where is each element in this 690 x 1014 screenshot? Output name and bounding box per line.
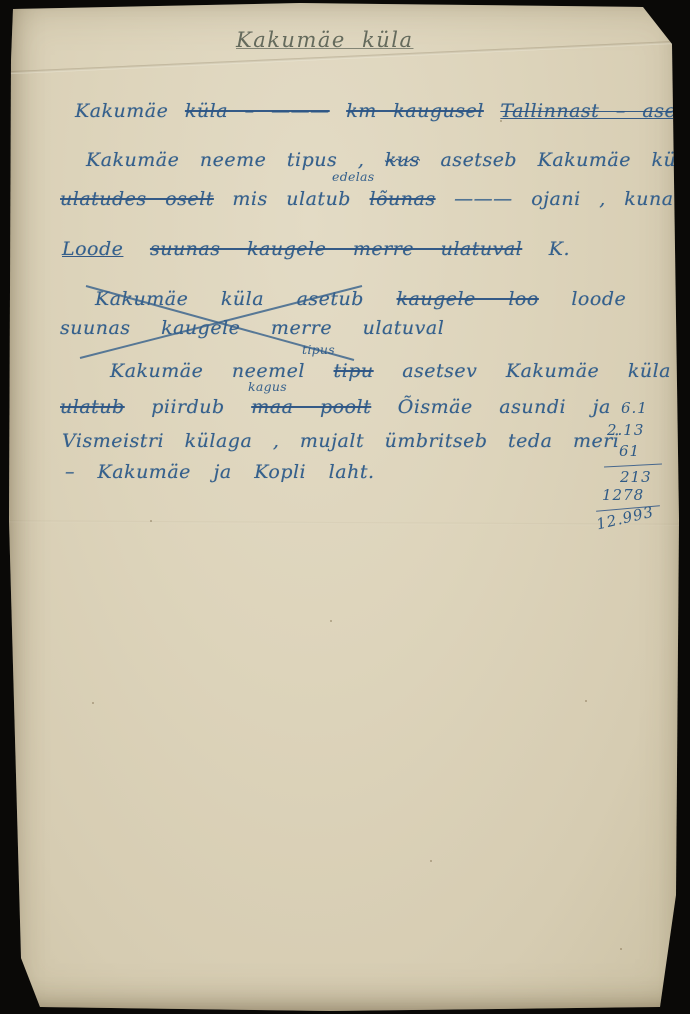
paper-speck	[330, 620, 332, 622]
inserted-word: kagus	[248, 381, 287, 394]
underlined-text: Loode	[62, 238, 123, 260]
inserted-word: tipus	[302, 344, 335, 357]
paper-crease	[0, 520, 690, 526]
handwritten-text: loode	[571, 288, 626, 310]
handwritten-text: suunas kaugele merre ulatuval	[60, 317, 444, 339]
struck-text: ulatudes oselt	[60, 188, 214, 210]
paper-sheet: Kakumäe küla Kakumäe küla – ——— km kaugu…	[0, 0, 690, 1014]
handwritten-text: Kakumäe küla asetub	[95, 288, 364, 310]
manuscript-line: Kakumäe küla asetub kaugele loo loode	[95, 288, 626, 312]
paper-speck	[92, 702, 94, 704]
struck-text: lõunas	[370, 188, 436, 210]
margin-calc-number: 213	[620, 470, 652, 485]
manuscript-line: ulatub piirdub maa poolt Õismäe asundi j…	[60, 396, 611, 420]
calc-rule	[604, 463, 662, 467]
manuscript-line: Kakumäe küla – ——— km kaugusel Tallinnas…	[75, 100, 690, 124]
margin-calc-number: 6.1	[621, 401, 648, 416]
manuscript-line: Loode suunas kaugele merre ulatuval K.	[62, 238, 570, 262]
struck-text: tipu	[334, 360, 374, 382]
manuscript-line: – Kakumäe ja Kopli laht.	[65, 461, 375, 485]
inserted-word: edelas	[332, 171, 374, 184]
margin-calc-number: 12.993	[595, 505, 655, 533]
handwritten-text: Kakumäe neeme tipus ,	[86, 149, 364, 171]
manuscript-line: Vismeistri külaga , mujalt ümbritseb ted…	[62, 430, 619, 454]
handwritten-text: Kakumäe	[75, 100, 168, 122]
manuscript-line: suunas kaugele merre ulatuval	[60, 317, 444, 341]
paper-speck	[620, 948, 622, 950]
handwritten-text: asetseb Kakumäe küla,	[440, 149, 690, 171]
handwritten-text: Vismeistri külaga , mujalt ümbritseb ted…	[62, 430, 619, 452]
margin-calc-number: 1278	[602, 488, 644, 503]
handwritten-text: piirdub	[151, 396, 224, 418]
scanned-page: Kakumäe küla Kakumäe küla – ——— km kaugu…	[0, 0, 690, 1014]
struck-text: kaugele loo	[397, 288, 539, 310]
paper-speck	[150, 520, 152, 522]
handwritten-text: ojani , kuna	[531, 188, 673, 210]
struck-underlined-text: Tallinnast – asetub	[500, 100, 690, 122]
struck-text: maa poolt	[251, 396, 371, 418]
paper-speck	[585, 700, 587, 702]
paper-speck	[430, 860, 432, 862]
struck-text: suunas kaugele merre ulatuval	[150, 238, 522, 260]
struck-text: km kaugusel	[346, 100, 484, 122]
struck-text: küla – ———	[185, 100, 330, 122]
margin-calc-number: 61	[619, 444, 640, 459]
manuscript-line: ulatudes oselt mis ulatub lõunas ——— oja…	[60, 188, 674, 212]
scribbled-text: kus	[385, 149, 420, 171]
handwritten-text: – Kakumäe ja Kopli laht.	[65, 461, 375, 483]
handwritten-text: asetsev Kakumäe küla	[402, 360, 671, 382]
margin-calc-number: 2.13	[607, 423, 644, 438]
handwritten-text: K.	[549, 238, 570, 260]
struck-text: ulatub	[60, 396, 125, 418]
blank-dash: ———	[454, 188, 513, 210]
manuscript-line: Kakumäe neemel tipu asetsev Kakumäe küla	[110, 360, 671, 384]
page-title: Kakumäe küla	[236, 28, 413, 53]
handwritten-text: Õismäe asundi ja	[398, 396, 611, 418]
handwritten-text: mis ulatub	[232, 188, 351, 210]
manuscript-line: Kakumäe neeme tipus , kus asetseb Kakumä…	[86, 149, 690, 173]
